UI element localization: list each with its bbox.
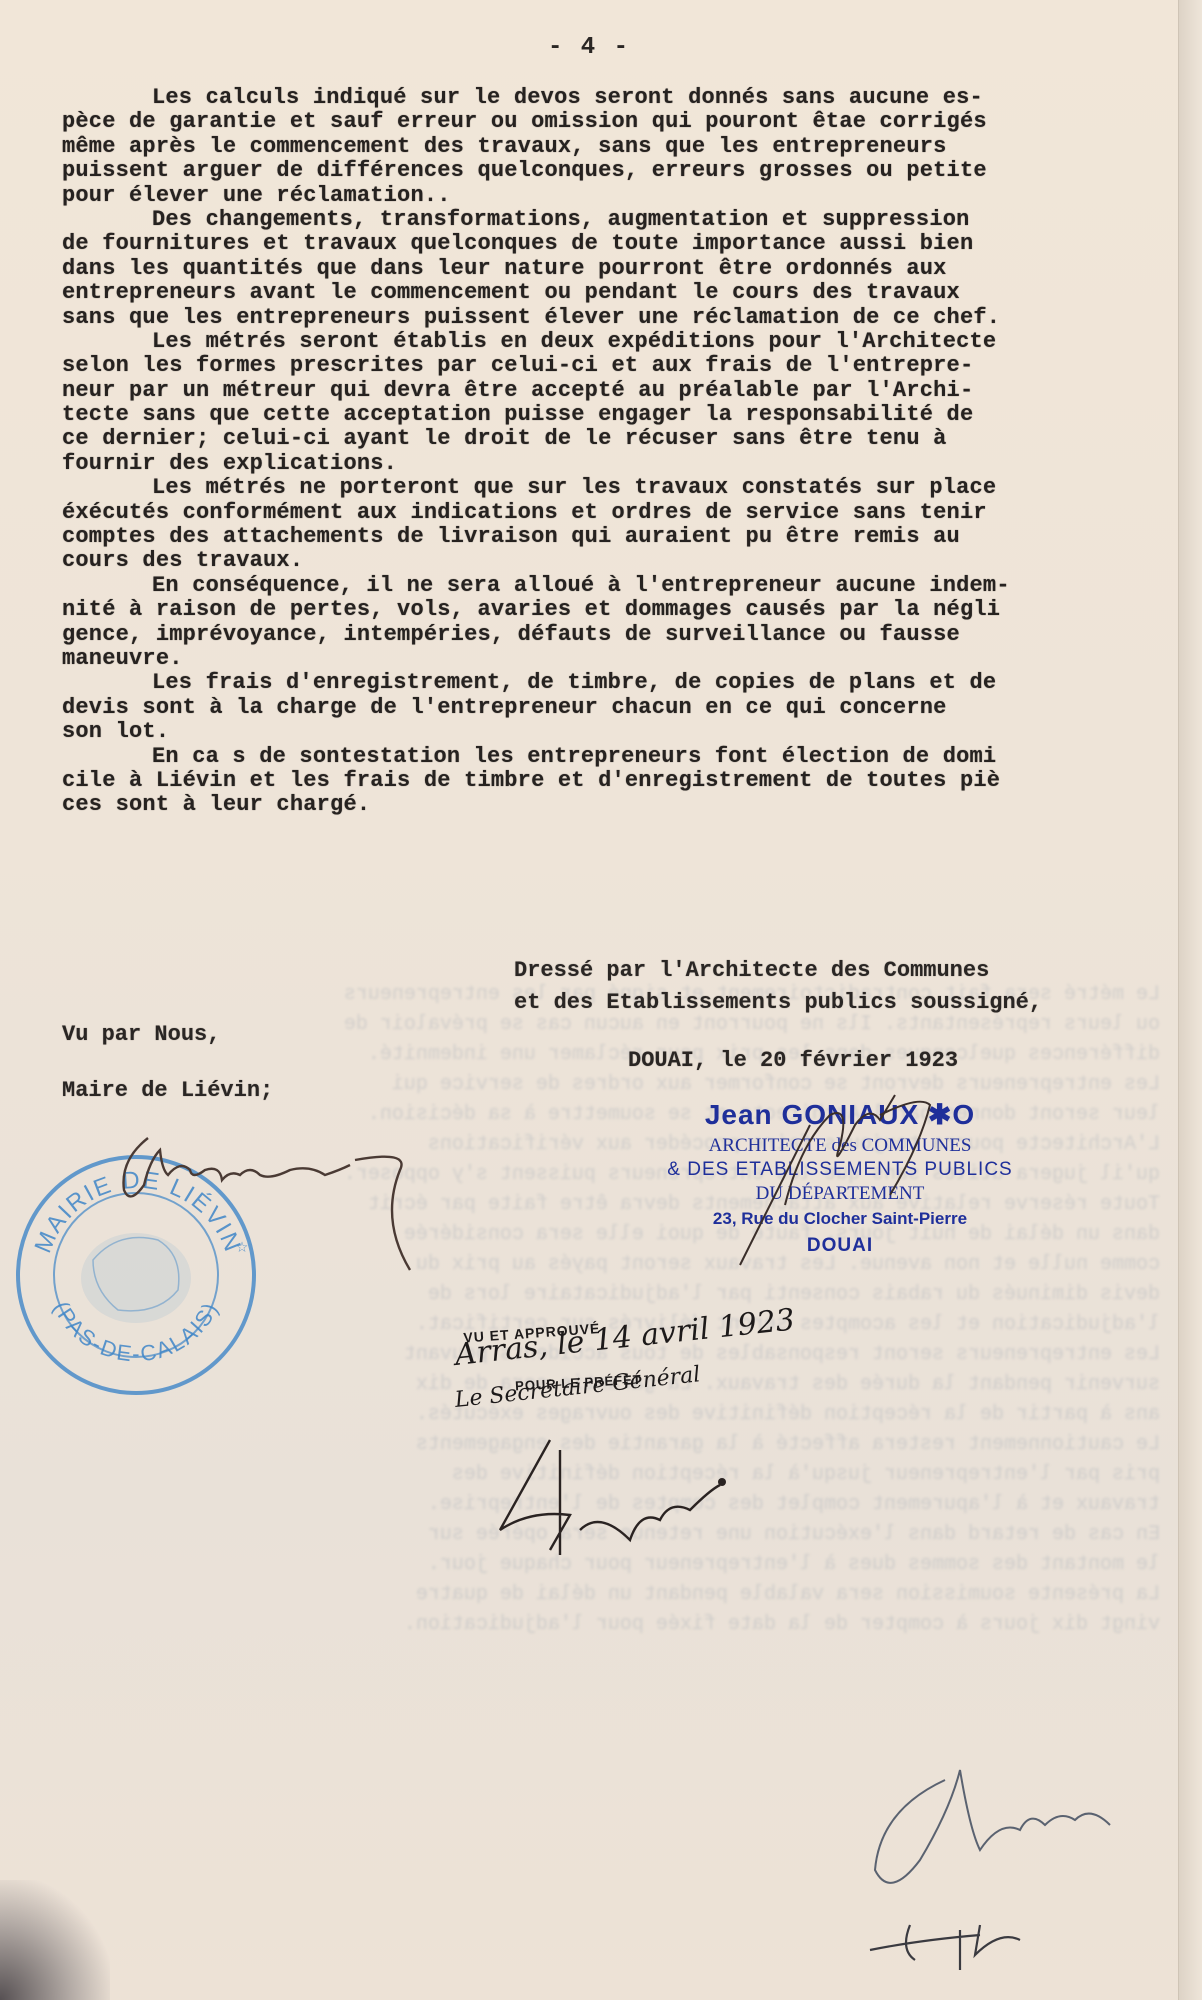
text-line: selon les formes prescrites par celui-ci… bbox=[62, 354, 1172, 378]
body-text: Les calculs indiqué sur le devos seront … bbox=[62, 86, 1172, 818]
paragraph-changements: Des changements, transformations, augmen… bbox=[62, 208, 1172, 330]
text-line: Les frais d'enregistrement, de timbre, d… bbox=[62, 671, 1172, 695]
drafted-by-line-1: Dressé par l'Architecte des Communes bbox=[514, 958, 989, 983]
text-line: Les calculs indiqué sur le devos seront … bbox=[62, 86, 1172, 110]
text-line: Les métrés seront établis en deux expédi… bbox=[62, 330, 1172, 354]
paragraph-metres-expeditions: Les métrés seront établis en deux expédi… bbox=[62, 330, 1172, 476]
text-line: En conséquence, il ne sera alloué à l'en… bbox=[62, 574, 1172, 598]
drafted-by-line-2: et des Etablissements publics soussigné, bbox=[514, 990, 1042, 1015]
mayor-label: Maire de Liévin; bbox=[62, 1078, 273, 1103]
text-line: fournir des explications. bbox=[62, 452, 1172, 476]
paragraph-contestation: En ca s de sontestation les entrepreneur… bbox=[62, 745, 1172, 818]
paragraph-frais: Les frais d'enregistrement, de timbre, d… bbox=[62, 671, 1172, 744]
seen-by-label: Vu par Nous, bbox=[62, 1022, 220, 1047]
text-line: pour élever une réclamation.. bbox=[62, 184, 1172, 208]
text-line: devis sont à la charge de l'entrepreneur… bbox=[62, 696, 1172, 720]
text-line: ce dernier; celui-ci ayant le droit de l… bbox=[62, 427, 1172, 451]
paragraph-calculs: Les calculs indiqué sur le devos seront … bbox=[62, 86, 1172, 208]
text-line: même après le commencement des travaux, … bbox=[62, 135, 1172, 159]
place-date: DOUAI, le 20 février 1923 bbox=[628, 1048, 958, 1073]
text-line: En ca s de sontestation les entrepreneur… bbox=[62, 745, 1172, 769]
text-line: maneuvre. bbox=[62, 647, 1172, 671]
page-number: - 4 - bbox=[0, 34, 1178, 61]
text-line: nité à raison de pertes, vols, avaries e… bbox=[62, 598, 1172, 622]
text-line: éxécutés conformément aux indications et… bbox=[62, 501, 1172, 525]
text-line: Des changements, transformations, augmen… bbox=[62, 208, 1172, 232]
text-line: son lot. bbox=[62, 720, 1172, 744]
text-line: dans les quantités que dans leur nature … bbox=[62, 257, 1172, 281]
paragraph-consequence: En conséquence, il ne sera alloué à l'en… bbox=[62, 574, 1172, 672]
text-line: de fournitures et travaux quelconques de… bbox=[62, 232, 1172, 256]
text-line: cile à Liévin et les frais de timbre et … bbox=[62, 769, 1172, 793]
text-line: comptes des attachements de livraison qu… bbox=[62, 525, 1172, 549]
architect-signature-icon bbox=[680, 1085, 940, 1275]
underlying-page-edge bbox=[1178, 0, 1202, 2000]
photo-shadow bbox=[0, 1880, 110, 2000]
text-line: ces sont à leur chargé. bbox=[62, 793, 1172, 817]
text-line: pèce de garantie et sauf erreur ou omiss… bbox=[62, 110, 1172, 134]
prefect-signature-icon bbox=[490, 1430, 790, 1560]
text-line: neur par un métreur qui devra être accep… bbox=[62, 379, 1172, 403]
text-line: entrepreneurs avant le commencement ou p… bbox=[62, 281, 1172, 305]
text-line: cours des travaux. bbox=[62, 549, 1172, 573]
text-line: puissent arguer de différences quelconqu… bbox=[62, 159, 1172, 183]
text-line: Les métrés ne porteront que sur les trav… bbox=[62, 476, 1172, 500]
mayor-signature-icon bbox=[110, 1130, 490, 1280]
approval-stamp: VU ET APPROUVÉ Arras, le 14 avril 1923 P… bbox=[455, 1318, 797, 1413]
text-line: tecte sans que cette acceptation puisse … bbox=[62, 403, 1172, 427]
text-line: gence, imprévoyance, intempéries, défaut… bbox=[62, 623, 1172, 647]
handwritten-initials-icon bbox=[860, 1750, 1140, 1980]
text-line: sans que les entrepreneurs puissent élev… bbox=[62, 306, 1172, 330]
paragraph-metres-travaux: Les métrés ne porteront que sur les trav… bbox=[62, 476, 1172, 574]
